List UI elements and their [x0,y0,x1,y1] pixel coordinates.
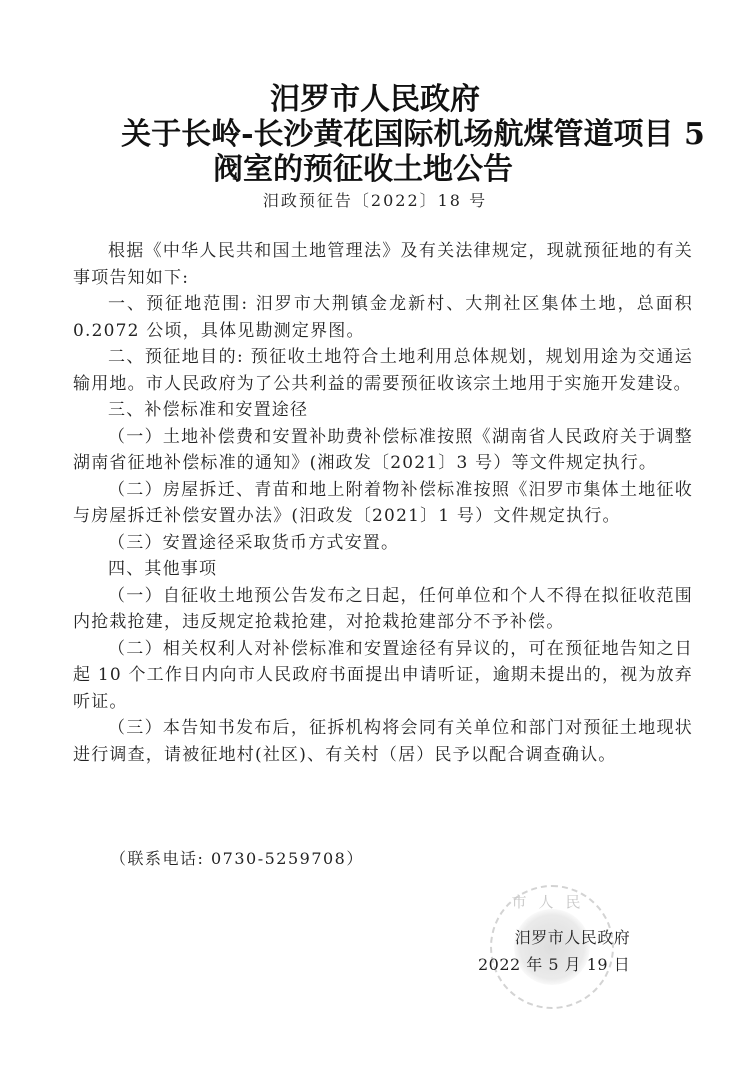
contact-phone: （联系电话: 0730-5259708） [110,846,364,869]
paragraph-compensation-3: （三）安置途径采取货币方式安置。 [73,530,693,557]
section-heading-other: 四、其他事项 [73,556,693,583]
paragraph-other-1: （一）自征收土地预公告发布之日起，任何单位和个人不得在拟征收范围内抢栽抢建，违反… [73,583,693,636]
title-line-3: 阀室的预征收土地公告 [0,152,738,187]
paragraph-compensation-2: （二）房屋拆迁、青苗和地上附着物补偿标准按照《汨罗市集体土地征收与房屋拆迁补偿安… [73,477,693,530]
paragraph-compensation-1: （一）土地补偿费和安置补助费补偿标准按照《湖南省人民政府关于调整湖南省征地补偿标… [73,424,693,477]
issue-date: 2022 年 5 月 19 日 [478,951,630,978]
paragraph-purpose: 二、预征地目的: 预征收土地符合土地利用总体规划，规划用途为交通运输用地。市人民… [73,344,693,397]
document-number: 汨政预征告〔2022〕18 号 [0,188,750,211]
issuer-name: 汨罗市人民政府 [478,924,630,951]
paragraph-intro: 根据《中华人民共和国土地管理法》及有关法律规定，现就预征地的有关事项告知如下: [73,238,693,291]
paragraph-scope: 一、预征地范围: 汨罗市大荆镇金龙新村、大荆社区集体土地，总面积 0.2072 … [73,291,693,344]
paragraph-other-2: （二）相关权利人对补偿标准和安置途径有异议的，可在预征地告知之日起 10 个工作… [73,636,693,716]
title-line-1: 汨罗市人民政府 [0,82,750,117]
signature-block: 汨罗市人民政府 2022 年 5 月 19 日 [478,924,630,978]
paragraph-other-3: （三）本告知书发布后，征拆机构将会同有关单位和部门对预征土地现状进行调查，请被征… [73,715,693,768]
document-body: 根据《中华人民共和国土地管理法》及有关法律规定，现就预征地的有关事项告知如下: … [73,238,693,768]
title-line-2: 关于长岭-长沙黄花国际机场航煤管道项目 5 [38,117,750,152]
section-heading-compensation: 三、补偿标准和安置途径 [73,397,693,424]
